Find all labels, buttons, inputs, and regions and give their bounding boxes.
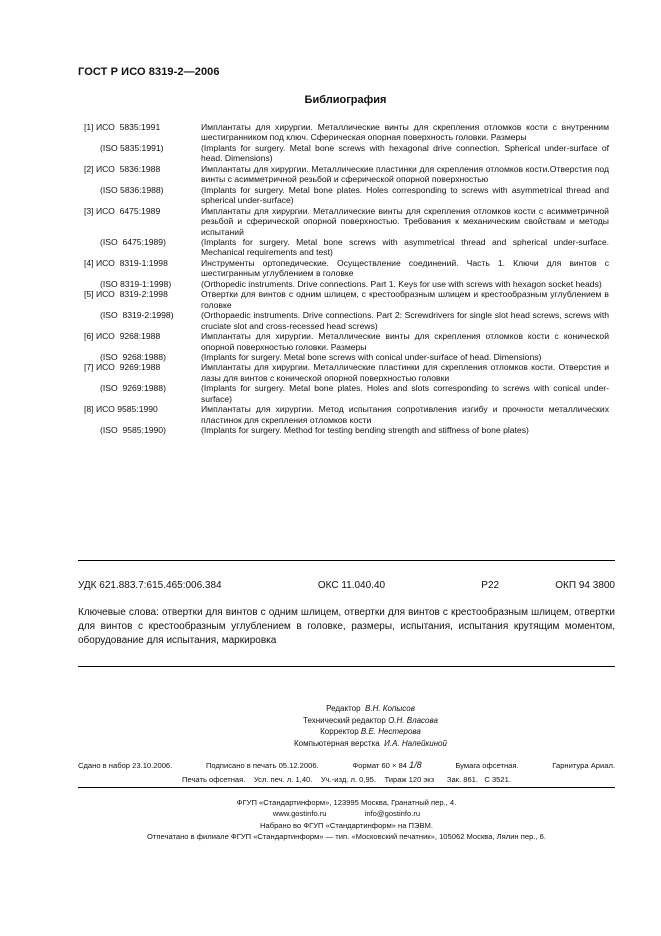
entry-reference: [8] ИСО 9585:1990: [84, 404, 201, 425]
entry-reference: [5] ИСО 8319-2:1998: [84, 289, 201, 310]
okp-code: ОКП 94 3800: [555, 580, 615, 591]
bibliography-entry: [5] ИСО 8319-2:1998Отвертки для винтов с…: [84, 289, 609, 310]
entry-description: Имплантаты для хирургии. Металлические п…: [201, 362, 609, 383]
entry-original-description: (Orthopaedic instruments. Drive connecti…: [201, 310, 609, 331]
entry-original-description: (Orthopedic instruments. Drive connectio…: [201, 279, 609, 289]
entry-original-description: (Implants for surgery. Metal bone plates…: [201, 185, 609, 206]
typeface: Гарнитура Ариал.: [552, 759, 615, 773]
entry-original-description: (Implants for surgery. Metal bone screws…: [201, 352, 609, 362]
email-link[interactable]: info@gostinfo.ru: [365, 809, 420, 818]
entry-description: Имплантаты для хирургии. Метод испытания…: [201, 404, 609, 425]
bibliography-entry-original: (ISO 9268:1988)(Implants for surgery. Me…: [84, 352, 609, 362]
entry-original-description: (Implants for surgery. Method for testin…: [201, 425, 609, 435]
group-code: Р22: [481, 580, 499, 591]
entry-original-reference: (ISO 5835:1991): [84, 143, 201, 164]
divider: [78, 560, 615, 561]
bibliography-list: [1] ИСО 5835:1991Имплантаты для хирургии…: [84, 122, 609, 436]
entry-reference: [1] ИСО 5835:1991: [84, 122, 201, 143]
credit-corrector: Корректор В.Е. Нестерова: [80, 726, 661, 738]
bibliography-entry: [4] ИСО 8319-1:1998Инструменты ортопедич…: [84, 258, 609, 279]
divider: [78, 787, 615, 788]
publisher-address: ФГУП «Стандартинформ», 123995 Москва, Гр…: [78, 797, 615, 808]
entry-reference: [2] ИСО 5836:1988: [84, 164, 201, 185]
entry-original-reference: (ISO 9585:1990): [84, 425, 201, 435]
entry-original-description: (Implants for surgery. Metal bone plates…: [201, 383, 609, 404]
section-title: Библиография: [0, 94, 661, 106]
paper: Бумага офсетная.: [455, 759, 518, 773]
entry-original-reference: (ISO 9268:1988): [84, 352, 201, 362]
bibliography-entry: [6] ИСО 9268:1988Имплантаты для хирургии…: [84, 331, 609, 352]
submitted-date: Сдано в набор 23.10.2006.: [78, 759, 172, 773]
bibliography-entry-original: (ISO 5836:1988)(Implants for surgery. Me…: [84, 185, 609, 206]
entry-original-reference: (ISO 8319-2:1998): [84, 310, 201, 331]
entry-original-reference: (ISO 5836:1988): [84, 185, 201, 206]
imprint-line-2: Печать офсетная. Усл. печ. л. 1,40. Уч.-…: [78, 773, 615, 787]
classification-row: УДК 621.883.7:615.465:006.384 ОКС 11.040…: [78, 580, 615, 591]
credit-tech-editor: Технический редактор О.Н. Власова: [80, 715, 661, 727]
format: Формат 60 × 84 1/8: [352, 759, 421, 773]
entry-original-reference: (ISO 8319-1:1998): [84, 279, 201, 289]
typeset-note: Набрано во ФГУП «Стандартинформ» на ПЭВМ…: [78, 820, 615, 831]
bibliography-entry-original: (ISO 8319-1:1998)(Orthopedic instruments…: [84, 279, 609, 289]
entry-description: Имплантаты для хирургии. Металлические п…: [201, 164, 609, 185]
signed-date: Подписано в печать 05.12.2006.: [206, 759, 319, 773]
website-link[interactable]: www.gostinfo.ru: [273, 809, 327, 818]
bibliography-entry: [3] ИСО 6475:1989Имплантаты для хирургии…: [84, 206, 609, 237]
credit-layout: Компьютерная верстка И.А. Налейкиной: [80, 738, 661, 750]
entry-original-reference: (ISO 9269:1988): [84, 383, 201, 404]
entry-description: Имплантаты для хирургии. Металлические в…: [201, 331, 609, 352]
entry-description: Имплантаты для хирургии. Металлические в…: [201, 206, 609, 237]
entry-original-description: (Implants for surgery. Metal bone screws…: [201, 143, 609, 164]
bibliography-entry: [1] ИСО 5835:1991Имплантаты для хирургии…: [84, 122, 609, 143]
entry-description: Инструменты ортопедические. Осуществлени…: [201, 258, 609, 279]
udk-code: УДК 621.883.7:615.465:006.384: [78, 580, 222, 591]
entry-reference: [6] ИСО 9268:1988: [84, 331, 201, 352]
bibliography-entry-original: (ISO 9269:1988)(Implants for surgery. Me…: [84, 383, 609, 404]
publisher-info: ФГУП «Стандартинформ», 123995 Москва, Гр…: [78, 797, 615, 843]
printed-note: Отпечатано в филиале ФГУП «Стандартинфор…: [78, 831, 615, 842]
entry-reference: [3] ИСО 6475:1989: [84, 206, 201, 237]
keywords: Ключевые слова: отвертки для винтов с од…: [78, 606, 615, 648]
entry-original-description: (Implants for surgery. Metal bone screws…: [201, 237, 609, 258]
bibliography-entry-original: (ISO 5835:1991)(Implants for surgery. Me…: [84, 143, 609, 164]
bibliography-entry: [2] ИСО 5836:1988Имплантаты для хирургии…: [84, 164, 609, 185]
credit-editor: Редактор В.Н. Копысов: [80, 703, 661, 715]
entry-description: Отвертки для винтов с одним шлицем, с кр…: [201, 289, 609, 310]
bibliography-entry-original: (ISO 6475:1989)(Implants for surgery. Me…: [84, 237, 609, 258]
entry-reference: [4] ИСО 8319-1:1998: [84, 258, 201, 279]
oks-code: ОКС 11.040.40: [318, 580, 385, 591]
imprint: Сдано в набор 23.10.2006. Подписано в пе…: [78, 759, 615, 786]
document-code: ГОСТ Р ИСО 8319-2—2006: [78, 66, 220, 78]
bibliography-entry-original: (ISO 9585:1990)(Implants for surgery. Me…: [84, 425, 609, 435]
entry-original-reference: (ISO 6475:1989): [84, 237, 201, 258]
entry-description: Имплантаты для хирургии. Металлические в…: [201, 122, 609, 143]
bibliography-entry: [8] ИСО 9585:1990Имплантаты для хирургии…: [84, 404, 609, 425]
divider: [78, 666, 615, 667]
bibliography-entry: [7] ИСО 9269:1988Имплантаты для хирургии…: [84, 362, 609, 383]
entry-reference: [7] ИСО 9269:1988: [84, 362, 201, 383]
credits: Редактор В.Н. Копысов Технический редакт…: [0, 703, 661, 749]
bibliography-entry-original: (ISO 8319-2:1998)(Orthopaedic instrument…: [84, 310, 609, 331]
